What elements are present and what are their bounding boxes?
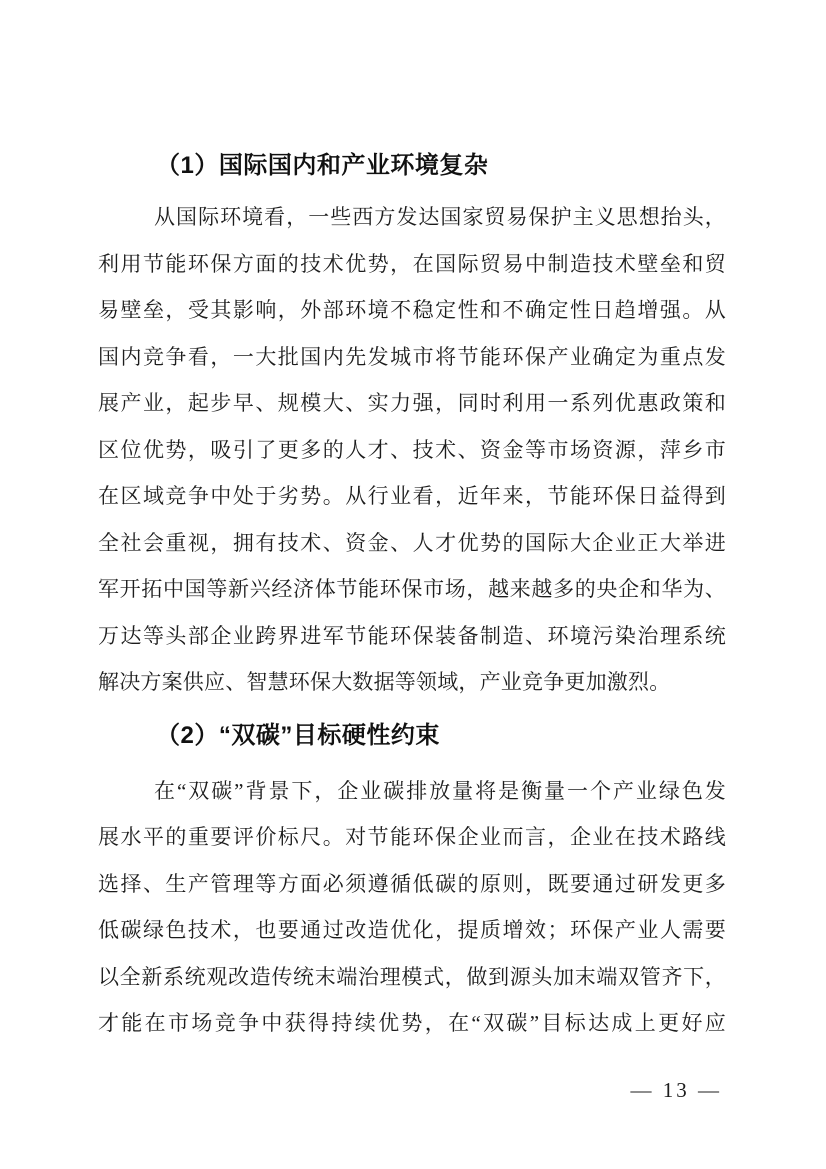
text-line: 才能在市场竞争中获得持续优势，在“双碳”目标达成上更好应 — [98, 1000, 726, 1047]
section-2-heading: （2）“双碳”目标硬性约束 — [98, 720, 726, 752]
text-line: 展水平的重要评价标尺。对节能环保企业而言，企业在技术路线 — [98, 814, 726, 861]
page-number: — 13 — — [631, 1076, 723, 1104]
text-line: 区位优势，吸引了更多的人才、技术、资金等市场资源，萍乡市 — [98, 427, 726, 474]
text-line: 在区域竞争中处于劣势。从行业看，近年来，节能环保日益得到 — [98, 473, 726, 520]
text-line: 国内竞争看，一大批国内先发城市将节能环保产业确定为重点发 — [98, 334, 726, 381]
text-line: 军开拓中国等新兴经济体节能环保市场，越来越多的央企和华为、 — [98, 566, 726, 613]
section-2-paragraph: 在“双碳”背景下，企业碳排放量将是衡量一个产业绿色发展水平的重要评价标尺。对节能… — [98, 768, 726, 1047]
text-line: 以全新系统观改造传统末端治理模式，做到源头加末端双管齐下， — [98, 954, 726, 1001]
text-line: 利用节能环保方面的技术优势，在国际贸易中制造技术壁垒和贸 — [98, 241, 726, 288]
text-line: 解决方案供应、智慧环保大数据等领域，产业竞争更加激烈。 — [98, 659, 726, 706]
section-dual-carbon-constraint: （2）“双碳”目标硬性约束 在“双碳”背景下，企业碳排放量将是衡量一个产业绿色发… — [98, 720, 726, 1047]
section-1-heading: （1）国际国内和产业环境复杂 — [98, 150, 726, 182]
text-line: 全社会重视，拥有技术、资金、人才优势的国际大企业正大举进 — [98, 520, 726, 567]
text-line: 低碳绿色技术，也要通过改造优化，提质增效；环保产业人需要 — [98, 907, 726, 954]
text-line: 在“双碳”背景下，企业碳排放量将是衡量一个产业绿色发 — [98, 768, 726, 815]
text-line: 从国际环境看，一些西方发达国家贸易保护主义思想抬头， — [98, 194, 726, 241]
text-line: 万达等头部企业跨界进军节能环保装备制造、环境污染治理系统 — [98, 613, 726, 660]
text-line: 选择、生产管理等方面必须遵循低碳的原则，既要通过研发更多 — [98, 861, 726, 908]
text-line: 易壁垒，受其影响，外部环境不稳定性和不确定性日趋增强。从 — [98, 287, 726, 334]
section-environment-complexity: （1）国际国内和产业环境复杂 从国际环境看，一些西方发达国家贸易保护主义思想抬头… — [98, 150, 726, 706]
text-line: 展产业，起步早、规模大、实力强，同时利用一系列优惠政策和 — [98, 380, 726, 427]
document-page: （1）国际国内和产业环境复杂 从国际环境看，一些西方发达国家贸易保护主义思想抬头… — [0, 0, 826, 1169]
section-1-paragraph: 从国际环境看，一些西方发达国家贸易保护主义思想抬头，利用节能环保方面的技术优势，… — [98, 194, 726, 706]
